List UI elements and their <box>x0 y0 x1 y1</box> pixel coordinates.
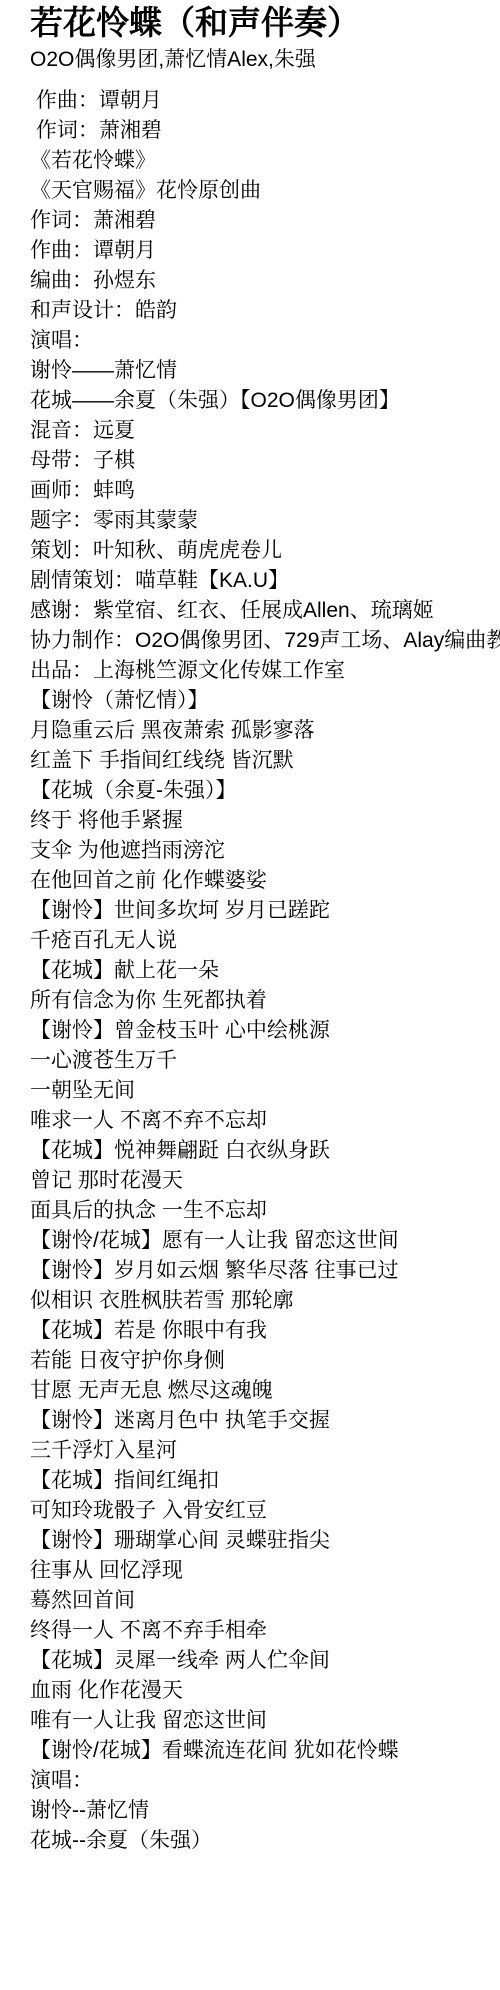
lyric-line: 演唱： <box>30 326 500 356</box>
lyric-line: 甘愿 无声无息 燃尽这魂魄 <box>30 1376 500 1406</box>
lyric-line: 【谢怜】珊瑚掌心间 灵蝶驻指尖 <box>30 1526 500 1556</box>
lyric-line: 【谢怜（萧忆情）】 <box>30 686 500 716</box>
lyric-line: 蓦然回首间 <box>30 1586 500 1616</box>
lyric-line: 终得一人 不离不弃手相牵 <box>30 1616 500 1646</box>
lyric-line: 作词：萧湘碧 <box>30 206 500 236</box>
lyric-line: 【花城】悦神舞翩跹 白衣纵身跃 <box>30 1136 500 1166</box>
lyric-line: 【谢怜】迷离月色中 执笔手交握 <box>30 1406 500 1436</box>
lyric-line: 花城--余夏（朱强） <box>30 1826 500 1856</box>
lyric-line: 谢怜——萧忆情 <box>30 356 500 386</box>
lyric-line: 【谢怜】曾金枝玉叶 心中绘桃源 <box>30 1016 500 1046</box>
lyrics-page: 若花怜蝶（和声伴奏） O2O偶像男团,萧忆情Alex,朱强 作曲：谭朝月 作词：… <box>0 0 500 1856</box>
lyric-line: 支伞 为他遮挡雨滂沱 <box>30 836 500 866</box>
lyric-line: 千疮百孔无人说 <box>30 926 500 956</box>
lyric-line: 《天官赐福》花怜原创曲 <box>30 176 500 206</box>
lyric-line: 和声设计：皓韵 <box>30 296 500 326</box>
lyric-line: 血雨 化作花漫天 <box>30 1676 500 1706</box>
lyric-line: 往事从 回忆浮现 <box>30 1556 500 1586</box>
lyric-line: 【花城】若是 你眼中有我 <box>30 1316 500 1346</box>
lyric-line: 剧情策划：喵草鞋【KA.U】 <box>30 566 500 596</box>
lyric-line: 混音：远夏 <box>30 416 500 446</box>
lyric-line: 感谢：紫堂宿、红衣、任展成Allen、琉璃姬 <box>30 596 500 626</box>
lyric-line: 月隐重云后 黑夜萧索 孤影寥落 <box>30 716 500 746</box>
lyric-line: 唯求一人 不离不弃不忘却 <box>30 1106 500 1136</box>
lyric-line: 作曲：谭朝月 <box>30 86 500 116</box>
lyric-line: 【花城】灵犀一线牵 两人伫伞间 <box>30 1646 500 1676</box>
lyric-line: 演唱： <box>30 1766 500 1796</box>
lyric-line: 红盖下 手指间红线绕 皆沉默 <box>30 746 500 776</box>
lyric-line: 一心渡苍生万千 <box>30 1046 500 1076</box>
lyric-line: 三千浮灯入星河 <box>30 1436 500 1466</box>
lyrics-body: 作曲：谭朝月 作词：萧湘碧《若花怜蝶》《天官赐福》花怜原创曲作词：萧湘碧作曲：谭… <box>30 86 500 1856</box>
lyric-line: 可知玲珑骰子 入骨安红豆 <box>30 1496 500 1526</box>
page-title: 若花怜蝶（和声伴奏） <box>30 3 500 43</box>
lyric-line: 【花城】指间红绳扣 <box>30 1466 500 1496</box>
lyric-line: 在他回首之前 化作蝶婆娑 <box>30 866 500 896</box>
lyric-line: 花城——余夏（朱强）【O2O偶像男团】 <box>30 386 500 416</box>
lyric-line: 【谢怜/花城】愿有一人让我 留恋这世间 <box>30 1226 500 1256</box>
lyric-line: 所有信念为你 生死都执着 <box>30 986 500 1016</box>
lyric-line: 画师：蚌鸣 <box>30 476 500 506</box>
lyric-line: 唯有一人让我 留恋这世间 <box>30 1706 500 1736</box>
lyric-line: 【谢怜】岁月如云烟 繁华尽落 往事已过 <box>30 1256 500 1286</box>
lyric-line: 【谢怜/花城】看蝶流连花间 犹如花怜蝶 <box>30 1736 500 1766</box>
lyric-line: 【花城（余夏-朱强）】 <box>30 776 500 806</box>
lyric-line: 协力制作：O2O偶像男团、729声工场、Alay编曲教室 <box>30 626 500 656</box>
lyric-line: 母带：子棋 <box>30 446 500 476</box>
lyric-line: 似相识 衣胜枫肤若雪 那轮廓 <box>30 1286 500 1316</box>
lyric-line: 作曲：谭朝月 <box>30 236 500 266</box>
lyric-line: 谢怜--萧忆情 <box>30 1796 500 1826</box>
lyric-line: 曾记 那时花漫天 <box>30 1166 500 1196</box>
lyric-line: 作词：萧湘碧 <box>30 116 500 146</box>
lyric-line: 出品：上海桃竺源文化传媒工作室 <box>30 656 500 686</box>
lyric-line: 题字：零雨其蒙蒙 <box>30 506 500 536</box>
lyric-line: 【谢怜】世间多坎坷 岁月已蹉跎 <box>30 896 500 926</box>
lyric-line: 《若花怜蝶》 <box>30 146 500 176</box>
artists-line: O2O偶像男团,萧忆情Alex,朱强 <box>30 46 500 73</box>
lyric-line: 若能 日夜守护你身侧 <box>30 1346 500 1376</box>
lyric-line: 【花城】献上花一朵 <box>30 956 500 986</box>
lyric-line: 面具后的执念 一生不忘却 <box>30 1196 500 1226</box>
lyric-line: 策划：叶知秋、萌虎虎卷儿 <box>30 536 500 566</box>
lyric-line: 终于 将他手紧握 <box>30 806 500 836</box>
lyric-line: 编曲：孙煜东 <box>30 266 500 296</box>
lyric-line: 一朝坠无间 <box>30 1076 500 1106</box>
